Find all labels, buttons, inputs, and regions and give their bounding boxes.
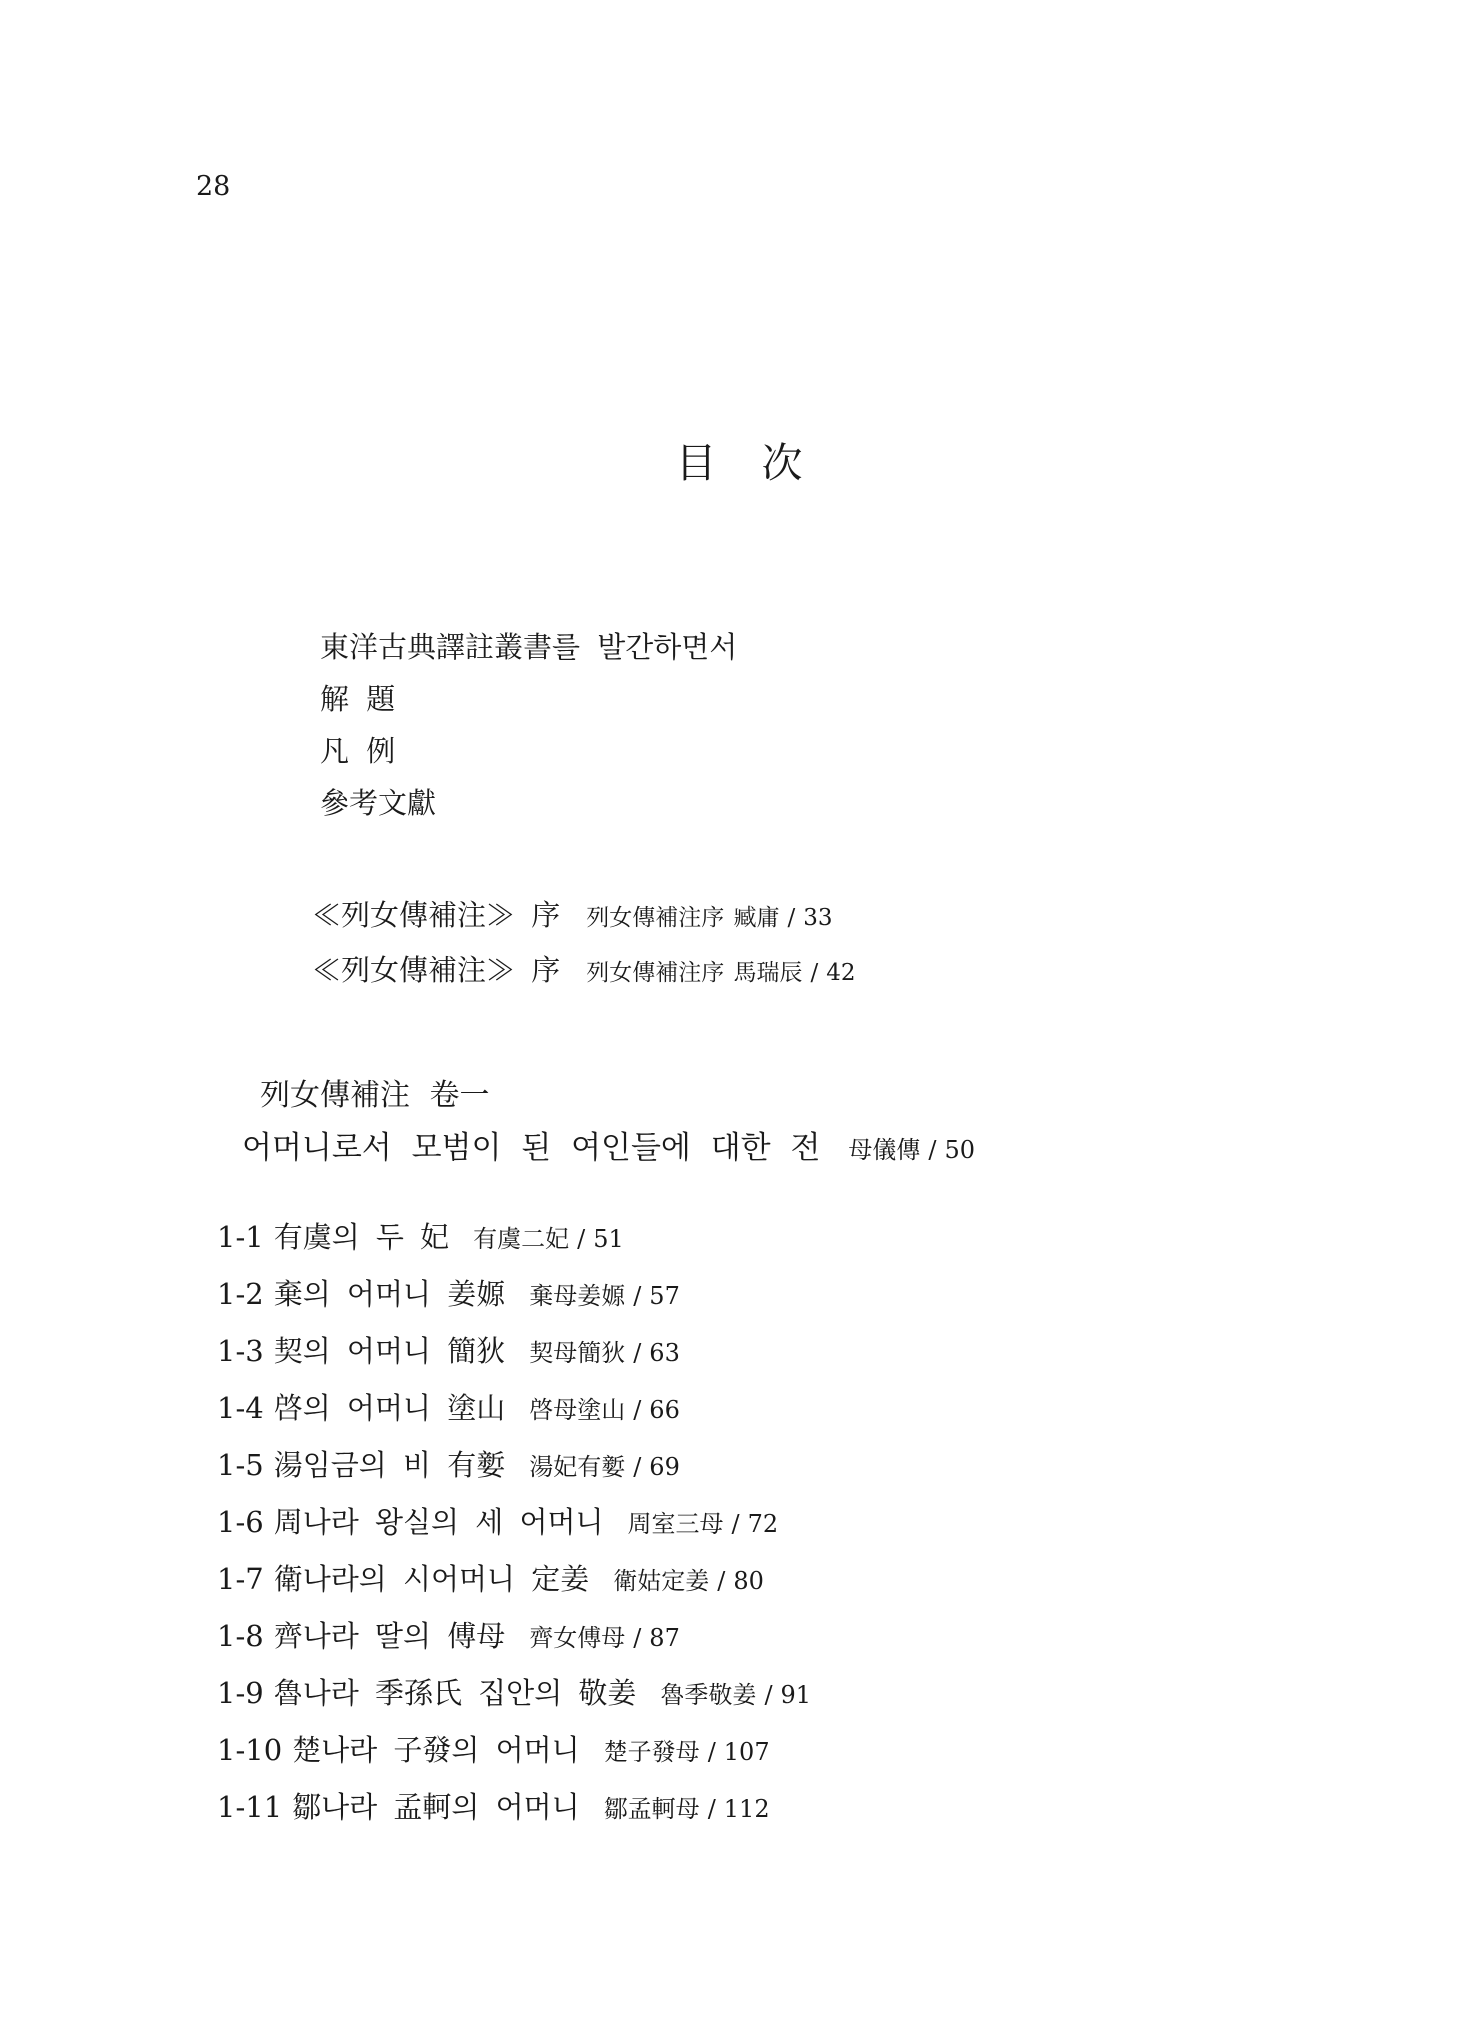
front-matter-list: 東洋古典譯註叢書를 발간하면서 解 題 凡 例 參考文獻 [320,632,737,840]
preface-annotation: 列女傳補注序 臧庸/33 [586,905,832,931]
toc-item-annotation-hanja: 棄母姜嫄 [529,1282,625,1310]
toc-item: 1-5湯임금의 비 有㜪湯妃有㜪/69 [217,1450,811,1481]
toc-item-annotation-hanja: 周室三母 [627,1510,723,1538]
toc-item-number: 1-6 [217,1505,264,1539]
toc-item-page-number: 80 [733,1567,764,1595]
toc-item-annotation: 衛姑定姜/80 [613,1567,764,1595]
toc-item-annotation-hanja: 湯妃有㜪 [529,1453,625,1481]
preface-entry: ≪列女傳補注≫ 序列女傳補注序 臧庸/33 [312,898,856,932]
toc-item-title: 啓의 어머니 塗山 [274,1391,506,1425]
toc-item-annotation: 鄒孟軻母/112 [604,1795,770,1823]
toc-page: 28 目 次 東洋古典譯註叢書를 발간하면서 解 題 凡 例 參考文獻 ≪列女傳… [0,0,1480,2024]
toc-item: 1-11鄒나라 孟軻의 어머니鄒孟軻母/112 [217,1792,811,1823]
page-title: 目 次 [0,438,1480,488]
toc-item-number: 1-8 [217,1619,264,1653]
page-separator: / [928,1136,936,1164]
toc-item-number: 1-5 [217,1448,264,1482]
toc-item-title: 魯나라 季孫氏 집안의 敬姜 [274,1676,637,1710]
preface-page-number: 33 [803,905,832,931]
chapter-annotation-hanja: 母儀傳 [848,1136,920,1164]
volume-heading: 列女傳補注 卷一 [260,1080,490,1112]
front-matter-item: 凡 例 [320,736,737,766]
toc-item: 1-10楚나라 子發의 어머니楚子發母/107 [217,1735,811,1766]
page-separator: / [633,1282,641,1310]
front-matter-item: 解 題 [320,684,737,714]
toc-item: 1-8齊나라 딸의 傅母齊女傅母/87 [217,1621,811,1652]
toc-item: 1-9魯나라 季孫氏 집안의 敬姜魯季敬姜/91 [217,1678,811,1709]
chapter-title: 어머니로서 모범이 된 여인들에 대한 전 [242,1130,820,1166]
toc-item-page-number: 51 [593,1225,624,1253]
toc-item-page-number: 72 [748,1510,779,1538]
toc-item-annotation-hanja: 齊女傅母 [529,1624,625,1652]
toc-item-annotation: 湯妃有㜪/69 [529,1453,680,1481]
toc-item-number: 1-11 [217,1790,282,1824]
toc-item-title: 周나라 왕실의 세 어머니 [274,1505,604,1539]
toc-item-title: 有虞의 두 妃 [274,1220,449,1254]
toc-item-annotation: 啓母塗山/66 [529,1396,680,1424]
toc-item-title: 契의 어머니 簡狄 [274,1334,506,1368]
page-separator: / [633,1453,641,1481]
toc-item-annotation: 契母簡狄/63 [529,1339,680,1367]
toc-item-number: 1-1 [217,1220,264,1254]
toc-item-title: 棄의 어머니 姜嫄 [274,1277,506,1311]
toc-item-page-number: 91 [781,1681,812,1709]
page-separator: / [633,1624,641,1652]
toc-item: 1-4啓의 어머니 塗山啓母塗山/66 [217,1393,811,1424]
toc-item-page-number: 87 [649,1624,680,1652]
toc-item-title: 齊나라 딸의 傅母 [274,1619,506,1653]
toc-item: 1-2棄의 어머니 姜嫄棄母姜嫄/57 [217,1279,811,1310]
preface-title: ≪列女傳補注≫ 序 [312,953,560,987]
page-separator: / [708,1795,716,1823]
page-separator: / [577,1225,585,1253]
toc-item-page-number: 57 [649,1282,680,1310]
preface-page-number: 42 [826,960,855,986]
toc-item-annotation: 有虞二妃/51 [473,1225,624,1253]
page-separator: / [811,960,819,986]
toc-item-annotation: 棄母姜嫄/57 [529,1282,680,1310]
toc-item-number: 1-7 [217,1562,264,1596]
toc-list: 1-1有虞의 두 妃有虞二妃/51 1-2棄의 어머니 姜嫄棄母姜嫄/57 1-… [217,1222,811,1849]
page-separator: / [731,1510,739,1538]
toc-item-page-number: 107 [724,1738,770,1766]
toc-item-page-number: 69 [649,1453,680,1481]
preface-entry: ≪列女傳補注≫ 序列女傳補注序 馬瑞辰/42 [312,953,856,987]
toc-item-number: 1-4 [217,1391,264,1425]
page-number: 28 [196,170,230,204]
preface-annotation: 列女傳補注序 馬瑞辰/42 [586,960,855,986]
toc-item-annotation: 周室三母/72 [627,1510,778,1538]
preface-title: ≪列女傳補注≫ 序 [312,898,560,932]
chapter-page-number: 50 [945,1136,976,1164]
toc-item-page-number: 63 [649,1339,680,1367]
toc-item-annotation: 楚子發母/107 [604,1738,770,1766]
toc-item-number: 1-10 [217,1733,282,1767]
toc-item: 1-6周나라 왕실의 세 어머니周室三母/72 [217,1507,811,1538]
chapter-heading: 어머니로서 모범이 된 여인들에 대한 전母儀傳/50 [242,1128,975,1173]
toc-item-title: 湯임금의 비 有㜪 [274,1448,506,1482]
toc-item-annotation-hanja: 契母簡狄 [529,1339,625,1367]
front-matter-item: 參考文獻 [320,788,737,818]
page-separator: / [788,905,796,931]
toc-item: 1-1有虞의 두 妃有虞二妃/51 [217,1222,811,1253]
toc-item-annotation-hanja: 楚子發母 [604,1738,700,1766]
toc-item-title: 鄒나라 孟軻의 어머니 [292,1790,580,1824]
toc-item-number: 1-2 [217,1277,264,1311]
toc-item-number: 1-3 [217,1334,264,1368]
preface-list: ≪列女傳補注≫ 序列女傳補注序 臧庸/33 ≪列女傳補注≫ 序列女傳補注序 馬瑞… [312,898,856,1008]
toc-item-annotation-hanja: 衛姑定姜 [613,1567,709,1595]
toc-item-page-number: 66 [649,1396,680,1424]
toc-item-annotation: 魯季敬姜/91 [660,1681,811,1709]
page-separator: / [633,1396,641,1424]
page-separator: / [708,1738,716,1766]
toc-item: 1-7衛나라의 시어머니 定姜衛姑定姜/80 [217,1564,811,1595]
toc-item: 1-3契의 어머니 簡狄契母簡狄/63 [217,1336,811,1367]
toc-item-number: 1-9 [217,1676,264,1710]
preface-annotation-hanja: 列女傳補注序 馬瑞辰 [586,960,802,986]
toc-item-annotation-hanja: 啓母塗山 [529,1396,625,1424]
preface-annotation-hanja: 列女傳補注序 臧庸 [586,905,779,931]
toc-item-page-number: 112 [724,1795,770,1823]
page-separator: / [633,1339,641,1367]
toc-item-title: 楚나라 子發의 어머니 [292,1733,580,1767]
front-matter-item: 東洋古典譯註叢書를 발간하면서 [320,632,737,662]
toc-item-annotation-hanja: 有虞二妃 [473,1225,569,1253]
chapter-annotation: 母儀傳/50 [848,1136,975,1164]
page-separator: / [717,1567,725,1595]
toc-item-annotation-hanja: 魯季敬姜 [660,1681,756,1709]
toc-item-annotation: 齊女傅母/87 [529,1624,680,1652]
page-separator: / [764,1681,772,1709]
toc-item-annotation-hanja: 鄒孟軻母 [604,1795,700,1823]
toc-item-title: 衛나라의 시어머니 定姜 [274,1562,590,1596]
